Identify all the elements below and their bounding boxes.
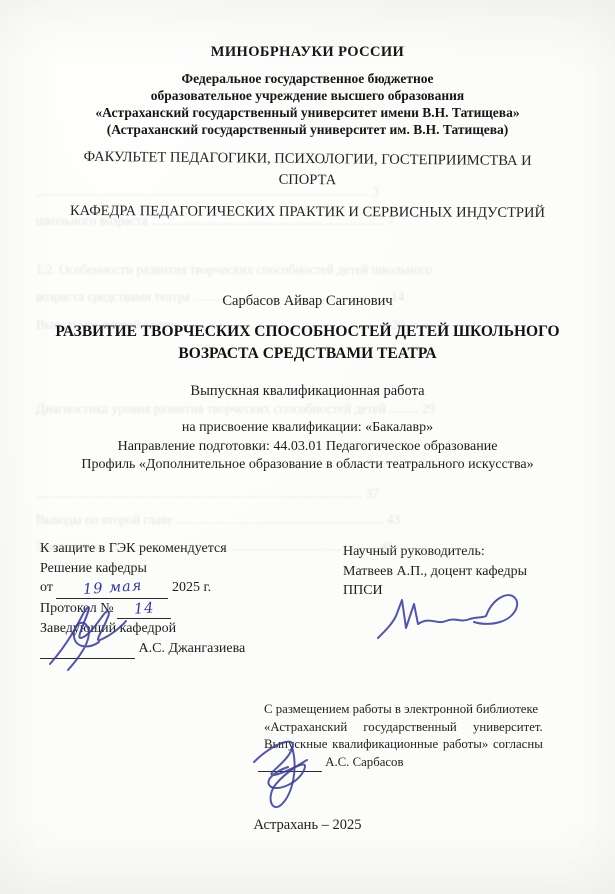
approval-line-1: К защите в ГЭК рекомендуется xyxy=(40,539,330,559)
thesis-title: РАЗВИТИЕ ТВОРЧЕСКИХ СПОСОБНОСТЕЙ ДЕТЕЙ Ш… xyxy=(20,321,595,365)
consent-line-1: С размещением работы в электронной библи… xyxy=(264,701,578,719)
author-name: Сарбасов Айвар Сагинович xyxy=(20,293,595,310)
bleedthrough-line: ........................................… xyxy=(36,486,581,502)
bleedthrough-line: Выводы по второй главе .................… xyxy=(36,512,581,528)
supervisor-name: Матвеев А.П., доцент кафедры xyxy=(343,562,578,582)
work-type: Выпускная квалификационная работа xyxy=(20,383,595,400)
author-signature xyxy=(240,730,355,815)
ministry-heading: МИНОБРНАУКИ РОССИИ xyxy=(20,44,595,61)
approval-line-2: Решение кафедры xyxy=(40,559,330,579)
department-name: КАФЕДРА ПЕДАГОГИЧЕСКИХ ПРАКТИК И СЕРВИСН… xyxy=(20,203,595,223)
faculty-name: ФАКУЛЬТЕТ ПЕДАГОГИКИ, ПСИХОЛОГИИ, ГОСТЕП… xyxy=(20,146,595,194)
supervisor-label: Научный руководитель: xyxy=(343,542,578,562)
bleedthrough-line: 1.2. Особенности развития творческих спо… xyxy=(36,262,581,278)
document-page: ........................................… xyxy=(0,0,615,894)
city-year: Астрахань – 2025 xyxy=(20,817,595,834)
bleedthrough-line: Диагностика уровня развития творческих с… xyxy=(36,401,581,417)
date-suffix: 2025 г. xyxy=(172,580,211,595)
head-of-department-signature xyxy=(40,592,165,674)
university-name-block: Федеральное государственное бюджетное об… xyxy=(20,70,595,138)
supervisor-signature xyxy=(372,586,532,646)
qualification-block: на присвоение квалификации: «Бакалавр» Н… xyxy=(20,419,595,475)
